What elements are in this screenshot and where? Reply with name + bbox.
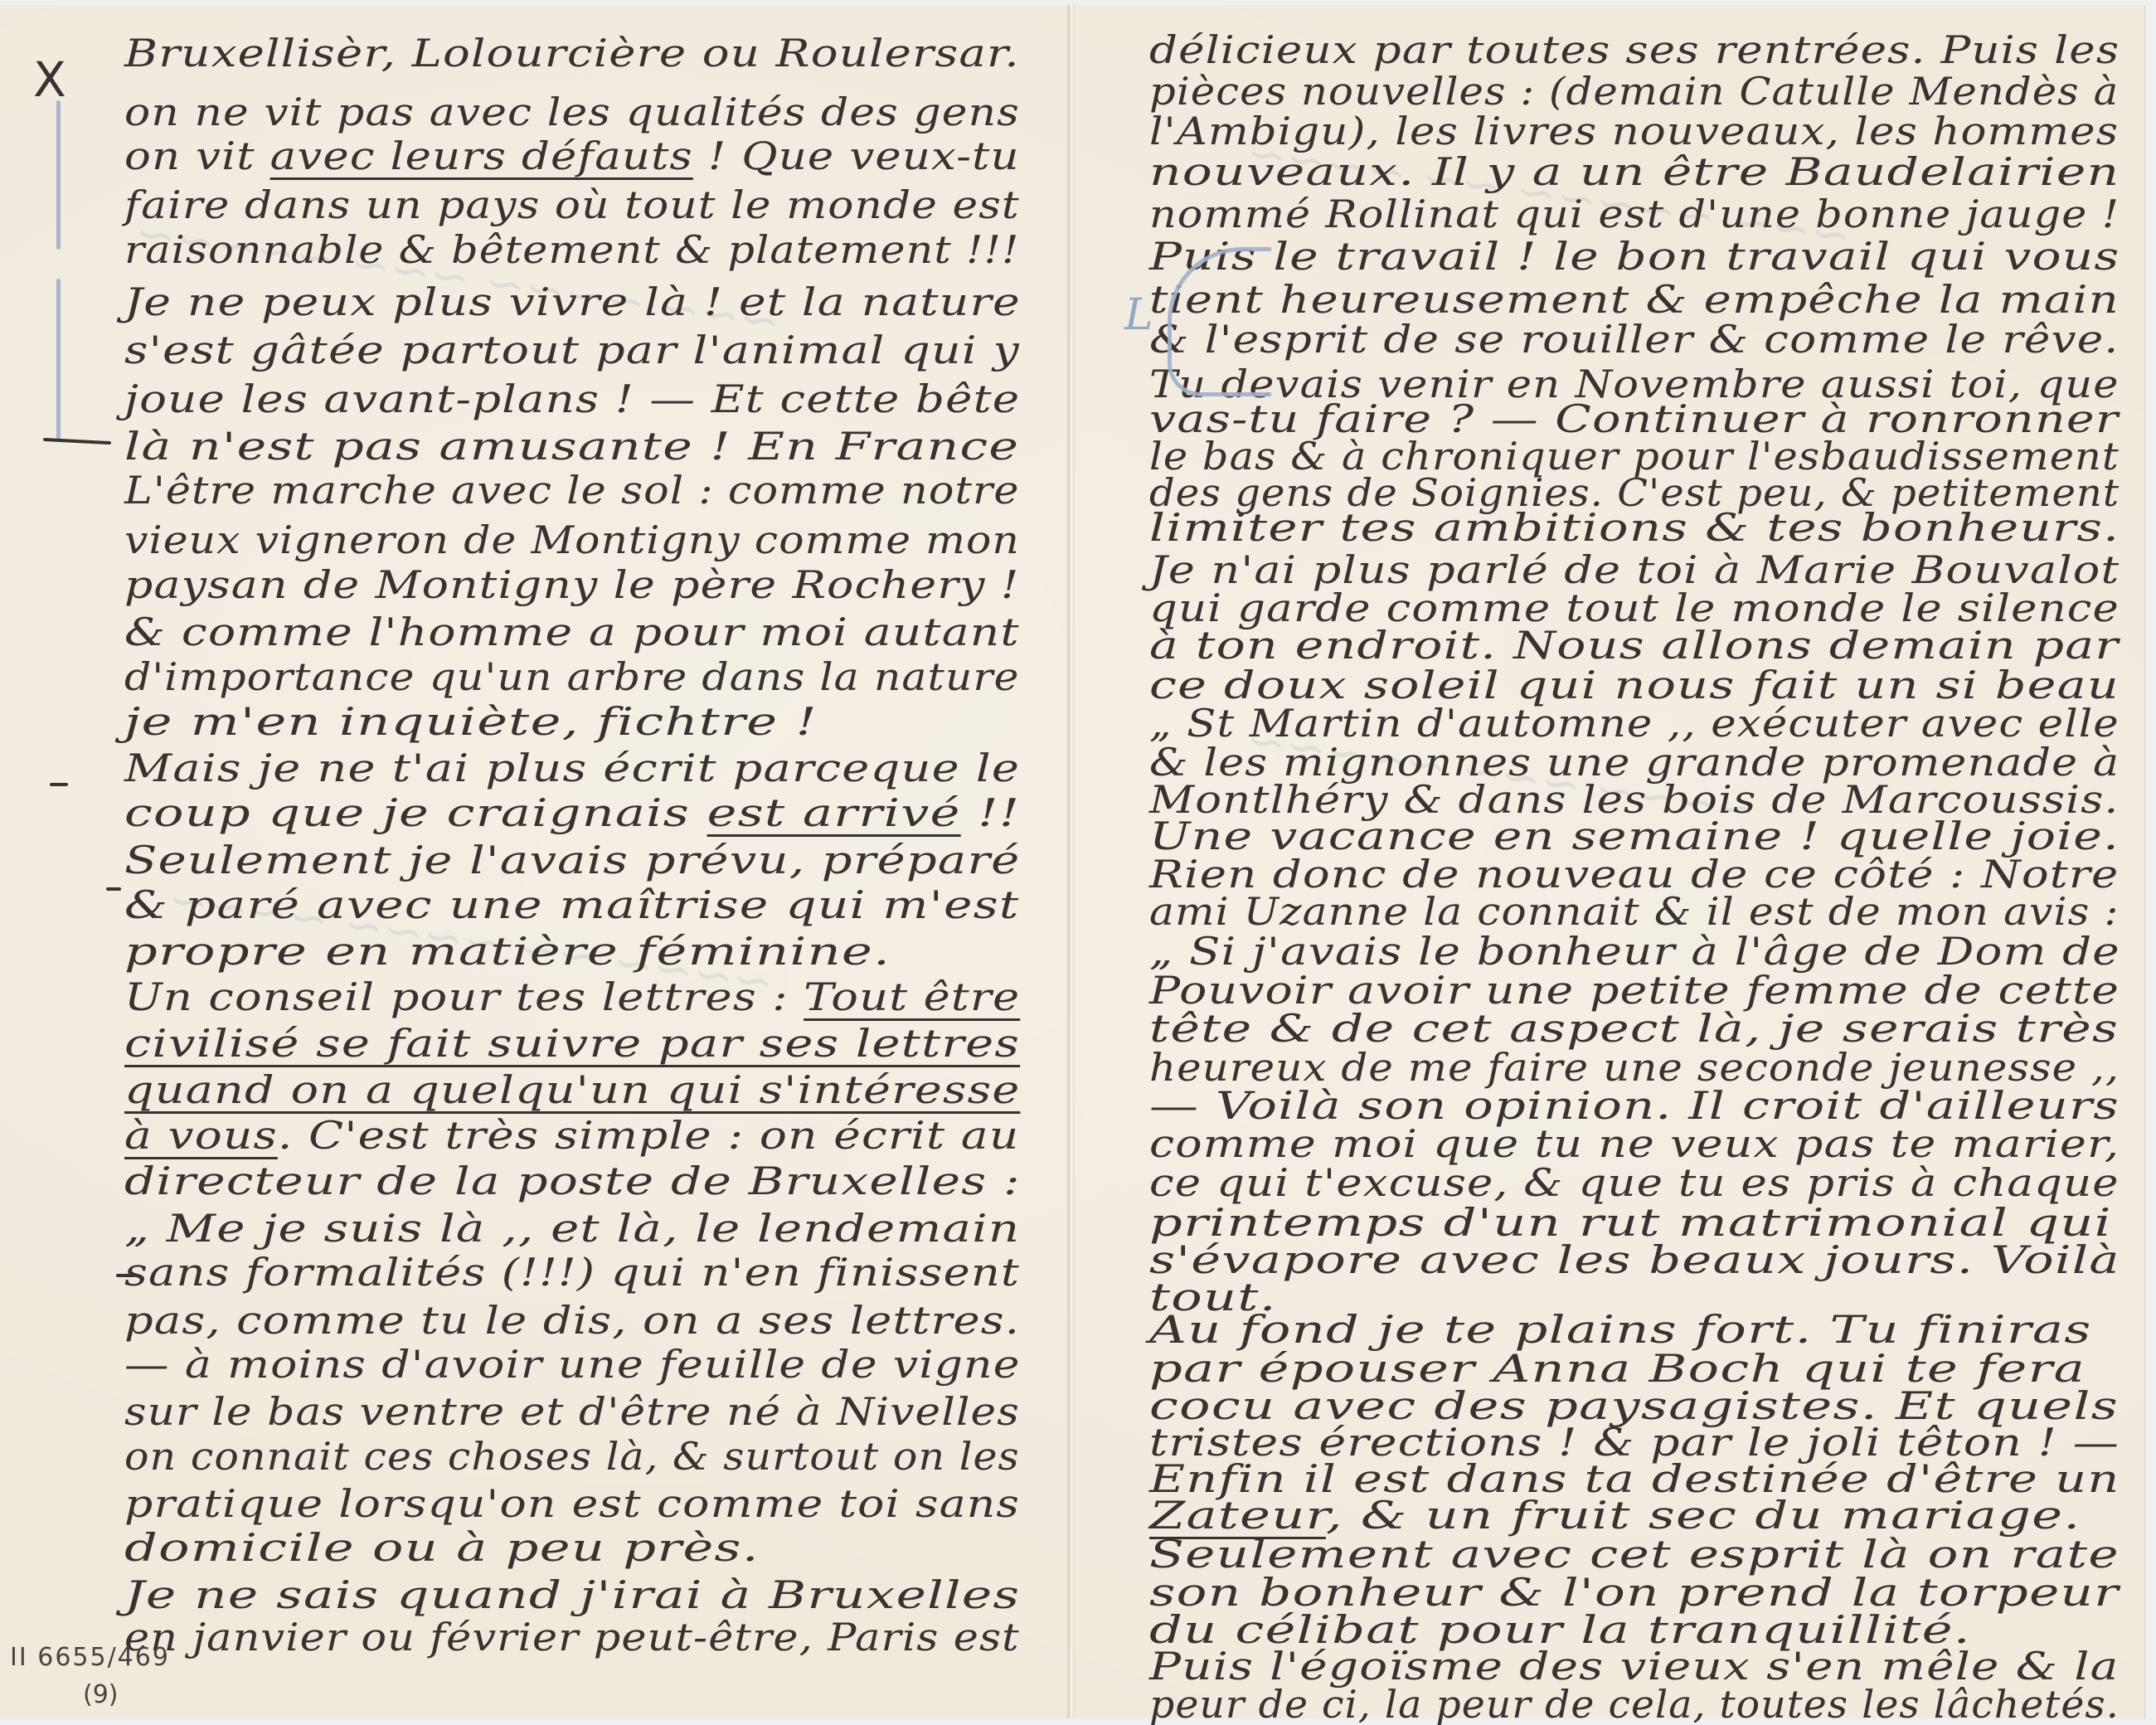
handwritten-line: s'évapore avec les beaux jours. Voilà [1149,1241,2120,1279]
handwritten-line: Je ne sais quand j'irai à Bruxelles [124,1576,1020,1614]
underlined-text: est arrivé [707,790,961,835]
handwritten-line: pratique lorsqu'on est comme toi sans [124,1484,1020,1523]
handwritten-line: délicieux par toutes ses rentrées. Puis … [1149,31,2120,69]
handwritten-line: d'importance qu'un arbre dans la nature [124,658,1019,696]
handwritten-line: Je n'ai plus parlé de toi à Marie Bouval… [1149,551,2120,589]
handwritten-line: l'Ambigu), les livres nouveaux, les homm… [1149,112,2119,150]
handwritten-line: on vit avec leurs défauts ! Que veux-tu [124,137,1020,175]
left-page: X Bruxellisèr, Lolourcière ou Roulersar.… [0,5,1066,1718]
handwritten-line: son bonheur & l'on prend la torpeur [1149,1573,2120,1611]
handwritten-line: à vous. C'est très simple : on écrit au [124,1116,1019,1154]
handwritten-line: là n'est pas amusante ! En France [124,427,1019,465]
underlined-text: civilisé se fait suivre par ses lettres [124,1021,1020,1066]
handwritten-line: Bruxellisèr, Lolourcière ou Roulersar. [124,34,1020,72]
handwritten-line: printemps d'un rut matrimonial qui [1149,1203,2112,1242]
handwritten-line: Une vacance en semaine ! quelle joie. [1149,817,2120,855]
handwritten-line: sur le bas ventre et d'être né à Nivelle… [124,1392,1020,1431]
handwritten-line: Je ne peux plus vivre là ! et la nature [124,283,1021,321]
handwritten-line: limiter tes ambitions & tes bonheurs. [1149,508,2120,547]
handwritten-line: pièces nouvelles : (demain Catulle Mendè… [1149,72,2119,110]
handwritten-line: ce qui t'excuse, & que tu es pris à chaq… [1149,1164,2120,1202]
handwritten-line: Seulement avec cet esprit là on rate [1149,1535,2120,1573]
handwritten-line: Mais je ne t'ai plus écrit parceque le [124,749,1020,787]
handwritten-line: je m'en inquiète, fichtre ! [124,702,818,741]
handwritten-line: Puis l'égoïsme des vieux s'en mêle & la [1149,1647,2119,1685]
archive-sub-reference: (9) [83,1680,119,1709]
page-fold [1066,5,1075,1718]
handwritten-line: Rien donc de nouveau de ce côté : Notre [1149,855,2119,893]
handwritten-line: ce doux soleil qui nous fait un si beau [1149,666,2120,704]
handwritten-line: Puis le travail ! le bon travail qui vou… [1149,237,2120,275]
handwritten-line: sans formalités (!!!) qui n'en finissent [124,1253,1020,1291]
handwritten-line: tient heureusement & empêche la main [1149,280,2120,318]
handwritten-line: „ Si j'avais le bonheur à l'âge de Dom d… [1149,932,2120,970]
handwritten-line: & comme l'homme a pour moi autant [124,613,1020,651]
margin-cross-mark: X [33,51,66,108]
handwritten-line: & les mignonnes une grande promenade à [1149,743,2120,781]
margin-dash-mark [106,887,121,891]
handwritten-line: Zateur, & un fruit sec du mariage. [1149,1496,2081,1534]
handwritten-line: nouveaux. Il y a un être Baudelairien [1149,153,2120,191]
handwritten-line: ami Uzanne la connait & il est de mon av… [1149,892,2119,931]
handwritten-line: à ton endroit. Nous allons demain par [1149,626,2120,664]
handwritten-line: s'est gâtée partout par l'animal qui y [124,331,1020,369]
handwritten-line: directeur de la poste de Bruxelles : [124,1162,1021,1200]
handwritten-line: nommé Rollinat qui est d'une bonne jauge… [1149,195,2120,233]
handwritten-line: coup que je craignais est arrivé !! [124,794,1020,832]
handwritten-line: vieux vigneron de Montigny comme mon [124,521,1020,559]
margin-dash-mark [50,783,68,786]
handwritten-line: vas-tu faire ? — Continuer à ronronner [1149,400,2119,438]
handwritten-line: Seulement je l'avais prévu, préparé [124,841,1020,879]
blue-pencil-margin-mark: L [1124,290,1153,340]
handwritten-line: joue les avant-plans ! — Et cette bête [124,380,1020,418]
handwritten-line: en janvier ou février peut-être, Paris e… [124,1618,1020,1656]
handwritten-line: tristes érections ! & par le joli têton … [1149,1423,2120,1461]
handwritten-line: quand on a quelqu'un qui s'intéresse [124,1071,1020,1109]
handwritten-line: & paré avec une maîtrise qui m'est [124,886,1020,924]
handwritten-line: „ Me je suis là ,, et là, le lendemain [124,1209,1020,1247]
handwritten-line: propre en matière féminine. [124,932,891,970]
handwritten-line: peur de ci, la peur de cela, toutes les … [1149,1685,2120,1723]
handwritten-line: domicile ou à peu près. [124,1528,760,1567]
handwritten-line: heureux de me faire une seconde jeunesse… [1149,1048,2120,1086]
handwritten-line: Un conseil pour tes lettres : Tout être [124,978,1020,1016]
handwritten-line: on ne vit pas avec les qualités des gens [124,93,1020,131]
underlined-text: Tout être [804,974,1020,1019]
handwritten-line: par épouser Anna Boch qui te fera [1149,1349,2086,1387]
handwritten-line: tête & de cet aspect là, je serais très [1149,1009,2119,1047]
blue-pencil-margin-line [56,100,61,250]
handwritten-line: civilisé se fait suivre par ses lettres [124,1024,1020,1062]
archive-reference: II 6655/469 [10,1643,170,1672]
handwritten-line: paysan de Montigny le père Rochery ! [124,566,1019,604]
underlined-text: quand on a quelqu'un qui s'intéresse [124,1067,1020,1112]
handwritten-line: & l'esprit de se rouiller & comme le rêv… [1149,320,2119,358]
blue-pencil-margin-line [56,279,61,441]
handwritten-line: L'être marche avec le sol : comme notre [124,471,1020,509]
handwritten-line: comme moi que tu ne veux pas te marier, [1149,1125,2120,1163]
handwritten-line: — Voilà son opinion. Il croit d'ailleurs [1149,1086,2120,1125]
underlined-text: à vous [124,1113,278,1158]
handwritten-line: pas, comme tu le dis, on a ses lettres. [124,1301,1020,1339]
handwritten-line: „ St Martin d'automne ,, exécuter avec e… [1149,704,2120,742]
margin-tick-mark [43,438,111,445]
handwritten-line: Au fond je te plains fort. Tu finiras [1149,1310,2092,1348]
handwritten-line: raisonnable & bêtement & platement !!! [124,231,1019,269]
underlined-text: avec leurs défauts [270,134,693,178]
handwritten-line: Pouvoir avoir une petite femme de cette [1149,971,2120,1009]
handwritten-line: qui garde comme tout le monde le silence [1149,589,2120,627]
handwritten-line: — à moins d'avoir une feuille de vigne [124,1345,1021,1383]
handwritten-line: faire dans un pays où tout le monde est [124,186,1020,224]
handwritten-line: on connait ces choses là, & surtout on l… [124,1437,1020,1475]
